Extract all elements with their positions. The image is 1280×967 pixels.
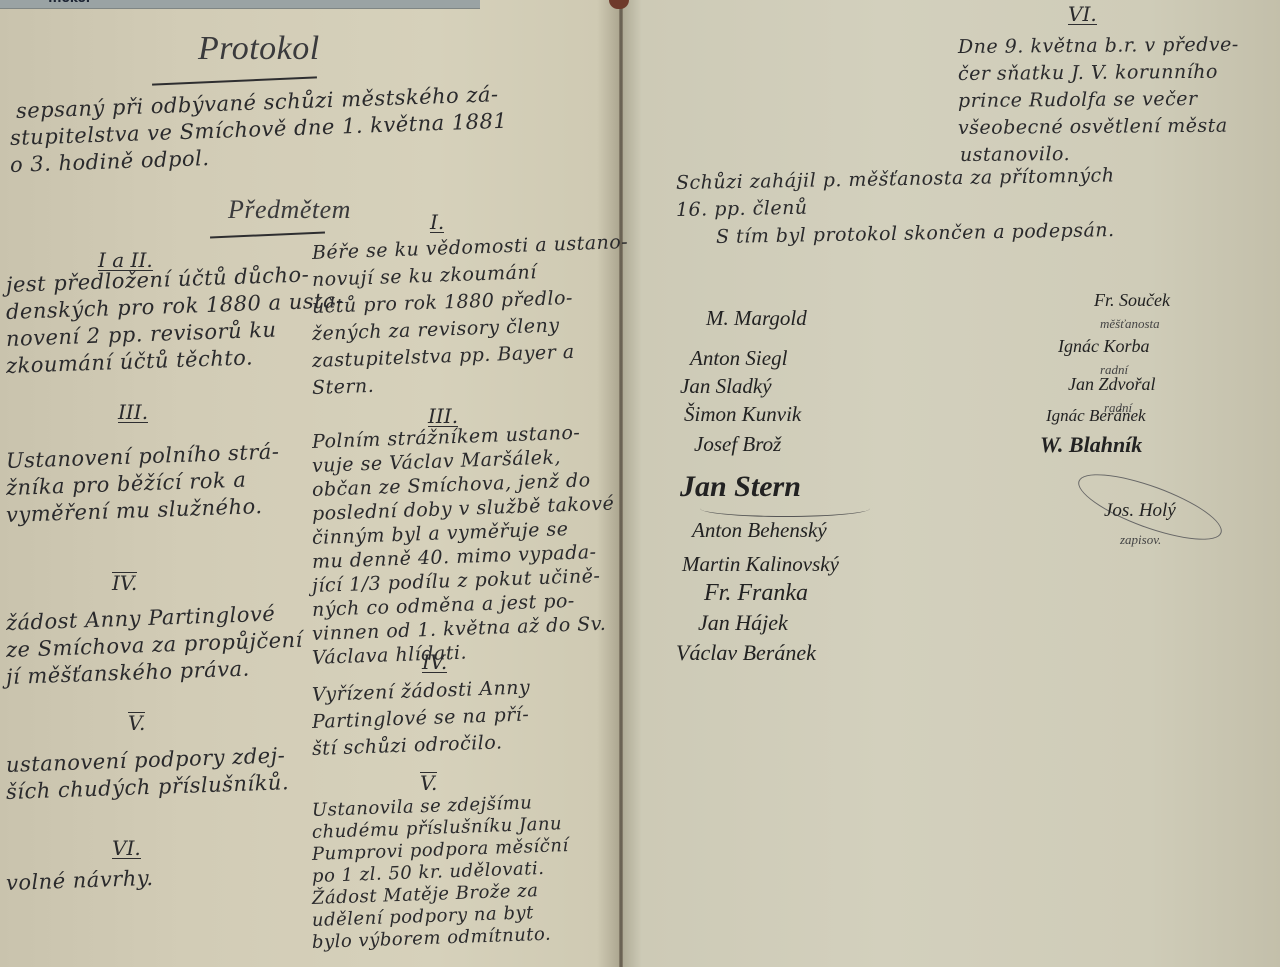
signature: Jan Hájek bbox=[698, 610, 788, 636]
signature: W. Blahník bbox=[1040, 432, 1142, 458]
closing-paragraph: Schůzi zahájil p. měšťanosta za přítomný… bbox=[676, 170, 1115, 251]
agenda-item: Ustanovení polního strá- žníka pro běžíc… bbox=[6, 448, 280, 529]
book-spine bbox=[619, 0, 623, 967]
resolution-item: Polním strážníkem ustano- vuje se Václav… bbox=[312, 430, 614, 670]
section-number: VI. bbox=[1068, 4, 1097, 25]
predmetem-heading: Předmětem bbox=[228, 195, 351, 225]
resolution-item: Vyřízení žádosti Anny Partinglové se na … bbox=[312, 682, 530, 763]
signature-flourish bbox=[700, 500, 870, 517]
signature: M. Margold bbox=[706, 306, 807, 331]
signature: Fr. Souček bbox=[1094, 290, 1170, 311]
resolution-number: V. bbox=[420, 772, 437, 793]
resolution-item: Béře se ku vědomosti a ustano- novují se… bbox=[312, 240, 628, 402]
signature: Jan Zdvořal bbox=[1068, 374, 1156, 395]
signature: Anton Siegl bbox=[690, 346, 787, 371]
signature: Jan Stern bbox=[680, 470, 801, 504]
resolution-number: III. bbox=[428, 406, 458, 427]
signature-role: měšťanosta bbox=[1100, 316, 1160, 332]
closing-line: S tím byl protokol skončen a podepsán. bbox=[716, 217, 1115, 251]
signature: Šimon Kunvik bbox=[684, 402, 801, 427]
protocol-title: Protokol bbox=[198, 30, 320, 68]
agenda-number: V. bbox=[128, 712, 145, 733]
resolution-number: I. bbox=[430, 212, 444, 233]
section-line: čer sňatku J. V. korunního bbox=[958, 59, 1239, 88]
section-line: všeobecné osvětlení města bbox=[958, 113, 1239, 142]
agenda-item: jest předložení účtů důcho- denských pro… bbox=[6, 272, 344, 380]
agenda-item: ustanovení podpory zdej- ších chudých př… bbox=[6, 752, 289, 806]
signature: Martin Kalinovský bbox=[682, 552, 839, 577]
agenda-number: IV. bbox=[112, 572, 137, 593]
agenda-number: VI. bbox=[112, 838, 141, 859]
signature: Jos. Holý bbox=[1104, 500, 1176, 522]
signature: Fr. Franka bbox=[704, 580, 808, 607]
top-strip-label: ...okol bbox=[48, 0, 90, 5]
agenda-item: volné návrhy. bbox=[6, 870, 154, 897]
section-paragraph: Dne 9. května b.r. v předve- čer sňatku … bbox=[958, 34, 1239, 169]
signature-role: zapisov. bbox=[1120, 532, 1161, 548]
agenda-number: III. bbox=[118, 402, 148, 423]
resolution-item: Ustanovila se zdejšímu chudému příslušní… bbox=[312, 800, 569, 954]
signature: Ignác Beránek bbox=[1046, 406, 1146, 426]
section-line: Dne 9. května b.r. v předve- bbox=[958, 32, 1239, 61]
agenda-item: žádost Anny Partinglové ze Smíchova za p… bbox=[6, 610, 303, 691]
signature: Václav Beránek bbox=[676, 640, 816, 666]
section-line: prince Rudolfa se večer bbox=[958, 86, 1239, 115]
resolution-number: IV. bbox=[422, 652, 447, 673]
signature: Anton Behenský bbox=[692, 518, 827, 543]
signature: Jan Sladký bbox=[680, 374, 772, 399]
agenda-line: volné návrhy. bbox=[6, 865, 154, 897]
intro-paragraph: sepsaný při odbývané schůzi městského zá… bbox=[10, 98, 508, 179]
signature: Ignác Korba bbox=[1058, 336, 1150, 357]
signature: Josef Brož bbox=[694, 432, 781, 457]
top-label-strip: ...okol bbox=[0, 0, 480, 9]
